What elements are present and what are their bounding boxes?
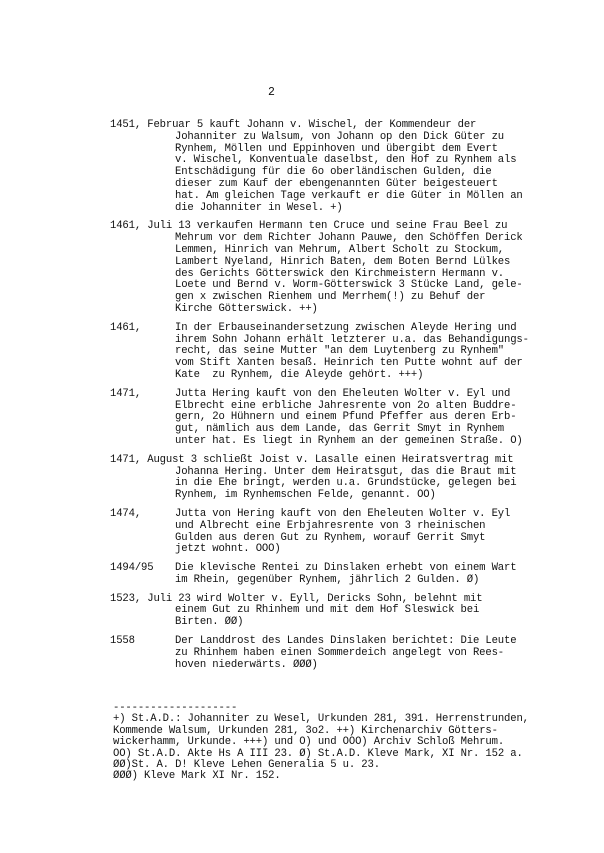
entry-continuation-line: Johanniter zu Walsum, von Johann op den …: [110, 132, 604, 144]
entry-date: 1471,: [110, 389, 175, 401]
chronicle-entry: 1461,In der Erbauseinandersetzung zwisch…: [110, 323, 604, 382]
chronicle-entry: 1558Der Landdrost des Landes Dinslaken b…: [110, 636, 604, 671]
chronicle-entry: 1471,Jutta Hering kauft von den Eheleute…: [110, 389, 604, 448]
entry-text: August 3 schließt Joist v. Lasalle einen…: [147, 454, 513, 466]
entry-date: 1461,: [110, 323, 175, 335]
chronicle-entries: 1451, Februar 5 kauft Johann v. Wischel,…: [110, 120, 604, 678]
entry-text: Jutta Hering kauft von den Eheleuten Wol…: [175, 388, 510, 400]
entry-text: In der Erbauseinandersetzung zwischen Al…: [175, 322, 516, 334]
chronicle-entry: 1461, Juli 13 verkaufen Hermann ten Cruc…: [110, 221, 604, 315]
entry-date: 1451,: [110, 120, 147, 132]
entry-date: 1471,: [110, 455, 147, 467]
footnotes: -------------------- +) St.A.D.: Johanni…: [113, 703, 604, 783]
chronicle-entry: 1471, August 3 schließt Joist v. Lasalle…: [110, 455, 604, 502]
entry-first-line: 1461,In der Erbauseinandersetzung zwisch…: [110, 323, 604, 335]
entry-continuation-line: unter hat. Es liegt in Rynhem an der gem…: [110, 436, 604, 448]
entry-date: 1558: [110, 636, 175, 648]
entry-continuation-line: Kirche Götterswick. ++): [110, 304, 604, 316]
footnote-line: wickerhamm, Urkunde. +++) und O) und OOO…: [113, 737, 604, 748]
chronicle-entry: 1523, Juli 23 wird Wolter v. Eyll, Deric…: [110, 594, 604, 629]
entry-date: 1494/95: [110, 563, 175, 575]
entry-continuation-line: Rynhem, im Rynhemschen Felde, genannt. O…: [110, 490, 604, 502]
entry-text: Die klevische Rentei zu Dinslaken erhebt…: [175, 562, 516, 574]
entry-continuation-line: im Rhein, gegenüber Rynhem, jährlich 2 G…: [110, 575, 604, 587]
chronicle-entry: 1474,Jutta von Hering kauft von den Ehel…: [110, 509, 604, 556]
page-number: 2: [268, 86, 275, 99]
entry-continuation-line: Kate zu Rynhem, die Aleyde gehört. +++): [110, 370, 604, 382]
entry-continuation-line: Lemmen, Hinrich van Mehrum, Albert Schol…: [110, 245, 604, 257]
footnote-lines: +) St.A.D.: Johanniter zu Wesel, Urkunde…: [113, 714, 604, 782]
entry-continuation-line: Lambert Nyeland, Hinrich Baten, dem Bote…: [110, 257, 604, 269]
entry-date: 1474,: [110, 509, 175, 521]
entry-continuation-line: die Johanniter in Wesel. +): [110, 203, 604, 215]
entry-first-line: 1474,Jutta von Hering kauft von den Ehel…: [110, 509, 604, 521]
chronicle-entry: 1494/95Die klevische Rentei zu Dinslaken…: [110, 563, 604, 587]
entry-first-line: 1471,Jutta Hering kauft von den Eheleute…: [110, 389, 604, 401]
entry-continuation-line: hat. Am gleichen Tage verkauft er die Gü…: [110, 191, 604, 203]
entry-continuation-line: jetzt wohnt. OOO): [110, 544, 604, 556]
entry-date: 1523,: [110, 594, 147, 606]
chronicle-entry: 1451, Februar 5 kauft Johann v. Wischel,…: [110, 120, 604, 214]
entry-continuation-line: hoven niederwärts. ØØØ): [110, 660, 604, 672]
entry-text: Jutta von Hering kauft von den Eheleuten…: [175, 508, 510, 520]
entry-date: 1461,: [110, 221, 147, 233]
entry-text: Der Landdrost des Landes Dinslaken beric…: [175, 635, 516, 647]
entry-text: Februar 5 kauft Johann v. Wischel, der K…: [147, 119, 476, 131]
entry-text: Juli 13 verkaufen Hermann ten Cruce und …: [147, 220, 507, 232]
entry-continuation-line: und Albrecht eine Erbjahresrente von 3 r…: [110, 521, 604, 533]
entry-continuation-line: dieser zum Kauf der ebengenannten Güter …: [110, 179, 604, 191]
entry-first-line: 1471, August 3 schließt Joist v. Lasalle…: [110, 455, 604, 467]
entry-text: Juli 23 wird Wolter v. Eyll, Dericks Soh…: [147, 593, 482, 605]
entry-continuation-line: zu Rhinhem haben einen Sommerdeich angel…: [110, 648, 604, 660]
entry-continuation-line: Birten. ØØ): [110, 617, 604, 629]
footnote-line: ØØØ) Kleve Mark XI Nr. 152.: [113, 771, 604, 782]
